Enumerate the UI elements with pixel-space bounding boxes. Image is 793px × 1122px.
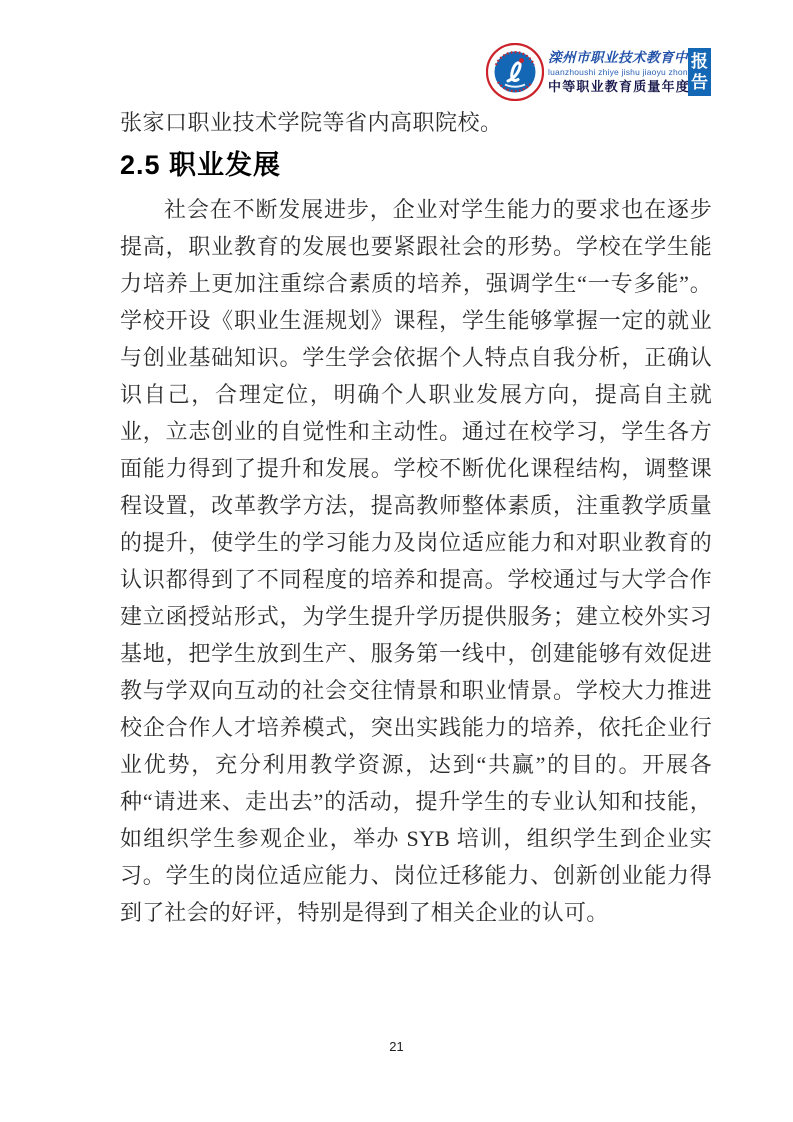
document-body: 张家口职业技术学院等省内高职院校。 2.5 职业发展 社会在不断发展进步，企业对… [120, 104, 712, 931]
header-text-block: 滦州市职业技术教育中心 luanzhoushi zhiye jishu jiao… [548, 51, 684, 93]
report-badge-char-1: 报 [691, 51, 708, 72]
school-name-cn: 滦州市职业技术教育中心 [548, 51, 684, 65]
page-footer: 21 [0, 1038, 793, 1056]
intro-line: 张家口职业技术学院等省内高职院校。 [120, 104, 712, 141]
body-paragraph: 社会在不断发展进步，企业对学生能力的要求也在逐步提高，职业教育的发展也要紧跟社会… [120, 191, 712, 931]
document-page: 滦州市职业技术教育中心 luanzhoushi zhiye jishu jiao… [0, 0, 793, 1122]
report-header: 滦州市职业技术教育中心 luanzhoushi zhiye jishu jiao… [486, 42, 711, 102]
report-badge-char-2: 告 [691, 72, 708, 93]
section-heading: 2.5 职业发展 [120, 149, 712, 181]
report-subtitle: 中等职业教育质量年度 [548, 80, 684, 93]
school-name-pinyin: luanzhoushi zhiye jishu jiaoyu zhongxin [548, 68, 684, 77]
school-logo-icon [486, 43, 544, 101]
page-number: 21 [389, 1039, 403, 1054]
report-badge: 报 告 [688, 48, 711, 96]
